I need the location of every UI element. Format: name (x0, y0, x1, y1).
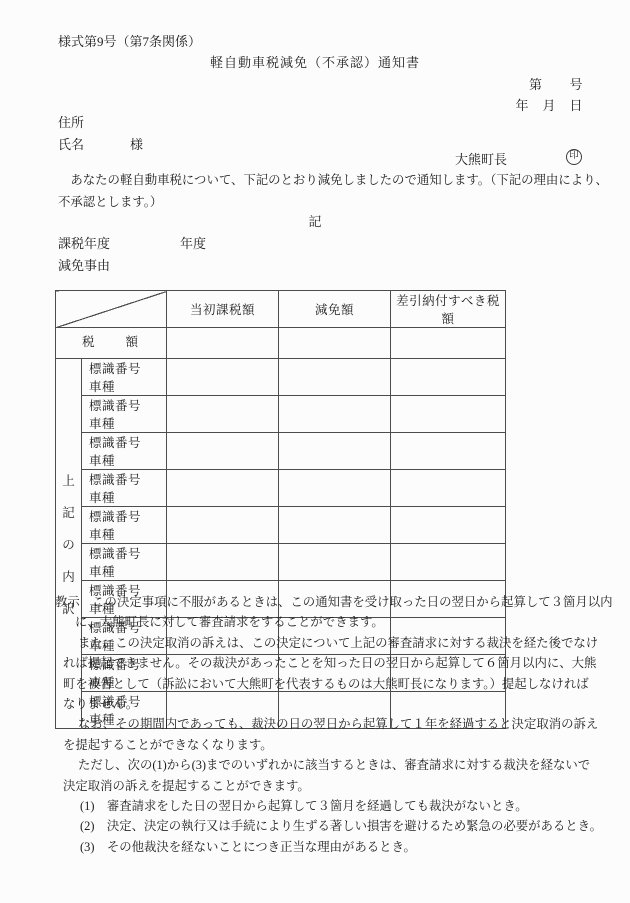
exemption-reason-label: 減免事由 (58, 255, 110, 274)
breakdown-char: の (62, 535, 75, 553)
empty-cell (279, 396, 391, 433)
appeal-line: 町を被告として（訴訟において大熊町を代表するものは大熊町長になります。）提起しな… (55, 674, 607, 694)
appeal-line: また、この決定取消の訴えは、この決定について上記の審査請求に対する裁決を経た後で… (55, 633, 607, 653)
appeal-line: に、大熊町長に対して審査請求をすることができます。 (55, 612, 607, 632)
empty-cell (167, 433, 279, 470)
empty-cell (391, 507, 506, 544)
honorific-label: 様 (130, 137, 143, 152)
appeal-line: 決定取消の訴えを提起することができます。 (55, 776, 607, 796)
appeal-line: ただし、次の(1)から(3)までのいずれかに該当するときは、審査請求に対する裁決… (55, 755, 607, 775)
table-row: 標識番号 車種 (56, 507, 506, 544)
tax-amount-label: 税 額 (56, 328, 167, 359)
empty-cell (279, 359, 391, 396)
document-page: 様式第9号（第7条関係） 軽自動車税減免（不承認）通知書 第 号 年 月 日 住… (0, 0, 630, 903)
tax-year-row: 課税年度年度 (58, 233, 206, 252)
appeal-line: 教示 この決定事項に不服があるときは、この通知書を受け取った日の翌日から起算して… (55, 592, 607, 612)
table-row: 標識番号 車種 (56, 433, 506, 470)
empty-cell (279, 544, 391, 581)
empty-cell (279, 328, 391, 359)
empty-cell (391, 470, 506, 507)
empty-cell (279, 507, 391, 544)
plate-vehicle-label: 標識番号 車種 (82, 470, 167, 507)
breakdown-char: 記 (62, 503, 75, 521)
appeal-line: を提起することができなくなります。 (55, 735, 607, 755)
appeal-line: れば提起できません。その裁決があったことを知った日の翌日から起算して６箇月以内に… (55, 653, 607, 673)
notification-paragraph: あなたの軽自動車税について、下記のとおり減免しましたので通知します。（下記の理由… (58, 170, 608, 213)
empty-cell (391, 433, 506, 470)
tax-amount-row: 税 額 (56, 328, 506, 359)
empty-cell (167, 507, 279, 544)
table-header-row: 当初課税額 減免額 差引納付すべき税額 (56, 291, 506, 328)
appeal-item-2: (2) 決定、決定の執行又は手続により生ずる著しい損害を避けるため緊急の必要があ… (55, 816, 607, 836)
empty-cell (391, 396, 506, 433)
ki-heading: 記 (0, 211, 630, 230)
plate-vehicle-label: 標識番号 車種 (82, 433, 167, 470)
name-row: 氏名様 (58, 134, 143, 153)
page-title: 軽自動車税減免（不承認）通知書 (0, 52, 630, 71)
breakdown-char: 上 (62, 471, 75, 489)
empty-cell (167, 359, 279, 396)
mayor-title: 大熊町長 (455, 149, 507, 168)
plate-vehicle-label: 標識番号 車種 (82, 507, 167, 544)
seal-character: 印 (569, 152, 579, 162)
empty-cell (391, 544, 506, 581)
plate-vehicle-label: 標識番号 車種 (82, 359, 167, 396)
appeal-item-1: (1) 審査請求をした日の翌日から起算して３箇月を経過しても裁決がないとき。 (55, 796, 607, 816)
plate-vehicle-label: 標識番号 車種 (82, 396, 167, 433)
breakdown-char: 内 (62, 567, 75, 585)
document-number: 第 号 (529, 74, 583, 93)
tax-year-label: 課税年度 (58, 236, 110, 251)
column-header-initial-tax: 当初課税額 (167, 291, 279, 328)
notification-line: あなたの軽自動車税について、下記のとおり減免しましたので通知します。（下記の理由… (58, 170, 608, 192)
appeal-item-3: (3) その他裁決を経ないことにつき正当な理由があるとき。 (55, 837, 607, 857)
date-line: 年 月 日 (515, 95, 583, 114)
address-label: 住所 (58, 112, 84, 131)
table-row: 上 記 の 内 訳 標識番号 車種 (56, 359, 506, 396)
appeal-line: なお、その期間内であっても、裁決の日の翌日から起算して１年を経過すると決定取消の… (55, 714, 607, 734)
appeal-instructions: 教示 この決定事項に不服があるときは、この通知書を受け取った日の翌日から起算して… (55, 592, 607, 857)
empty-cell (167, 544, 279, 581)
plate-vehicle-label: 標識番号 車種 (82, 544, 167, 581)
table-row: 標識番号 車種 (56, 544, 506, 581)
column-header-exemption-amount: 減免額 (279, 291, 391, 328)
column-header-net-tax: 差引納付すべき税額 (391, 291, 506, 328)
seal-icon: 印 (566, 149, 582, 165)
appeal-line: なりません。 (55, 694, 607, 714)
empty-cell (391, 328, 506, 359)
empty-cell (279, 470, 391, 507)
empty-cell (167, 328, 279, 359)
empty-cell (167, 470, 279, 507)
notification-line: 不承認とします。） (58, 192, 608, 214)
table-row: 標識番号 車種 (56, 396, 506, 433)
empty-cell (167, 396, 279, 433)
tax-year-suffix: 年度 (180, 236, 206, 251)
empty-cell (279, 433, 391, 470)
name-label: 氏名 (58, 137, 84, 152)
empty-cell (391, 359, 506, 396)
table-row: 標識番号 車種 (56, 470, 506, 507)
form-number: 様式第9号（第7条関係） (58, 31, 201, 50)
diagonal-cell (56, 291, 167, 328)
